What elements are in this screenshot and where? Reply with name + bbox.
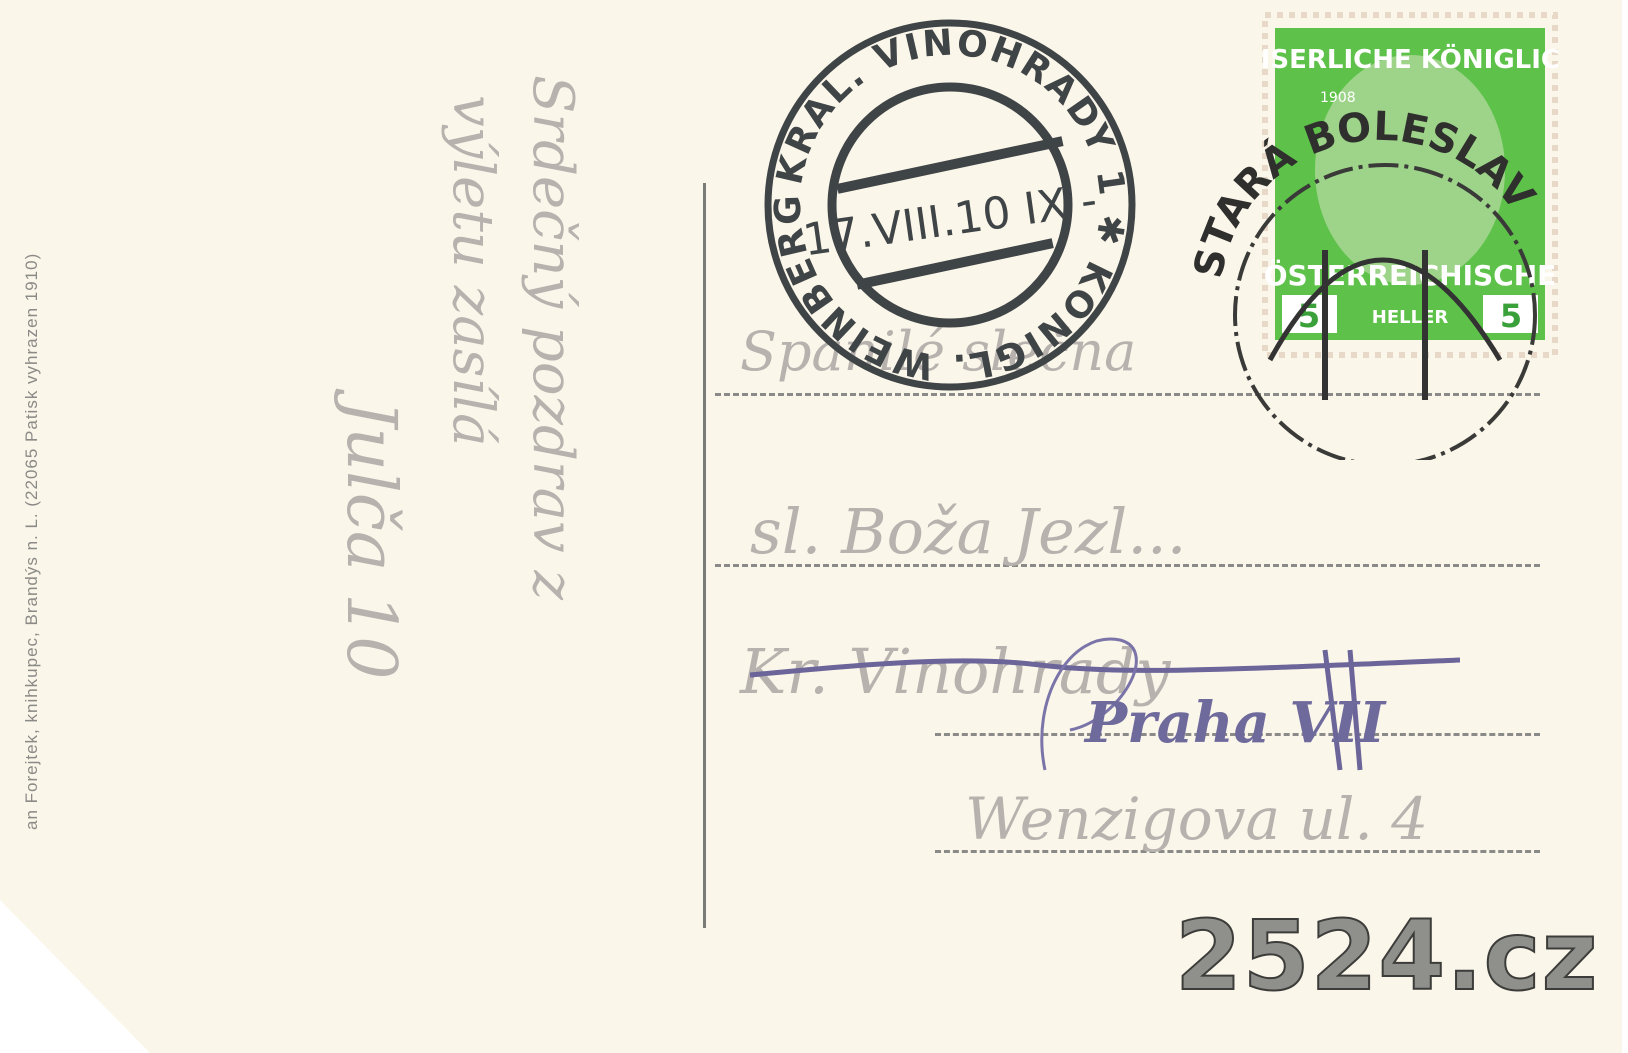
address-name: sl. Boža Jezl... [750,495,1186,568]
svg-text:STARÁ BOLESLAV: STARÁ BOLESLAV [1185,104,1543,282]
redirect-note: Praha VII [1085,690,1385,756]
postcard-back: an Forejtek, knihkupec, Brandýs n. L. (2… [0,0,1622,1053]
svg-text:KAISERLICHE KÖNIGLICHE: KAISERLICHE KÖNIGLICHE [1260,42,1560,75]
message-signature: Julča 10 [331,400,410,680]
publisher-imprint: an Forejtek, knihkupec, Brandýs n. L. (2… [22,253,42,830]
message-line-2: výletu zasílá [440,95,505,447]
watermark: 2524.cz [1175,900,1598,1012]
postmark-vinohrady: KRÁL. VINOHRADY 1 ✱ KÖNIGL. WEINBERGE 1 … [755,10,1145,405]
divider-line [703,183,706,928]
postmark-stara-boleslav: STARÁ BOLESLAV [1180,100,1580,465]
message-line-1: Srdečný pozdrav z [520,75,585,600]
